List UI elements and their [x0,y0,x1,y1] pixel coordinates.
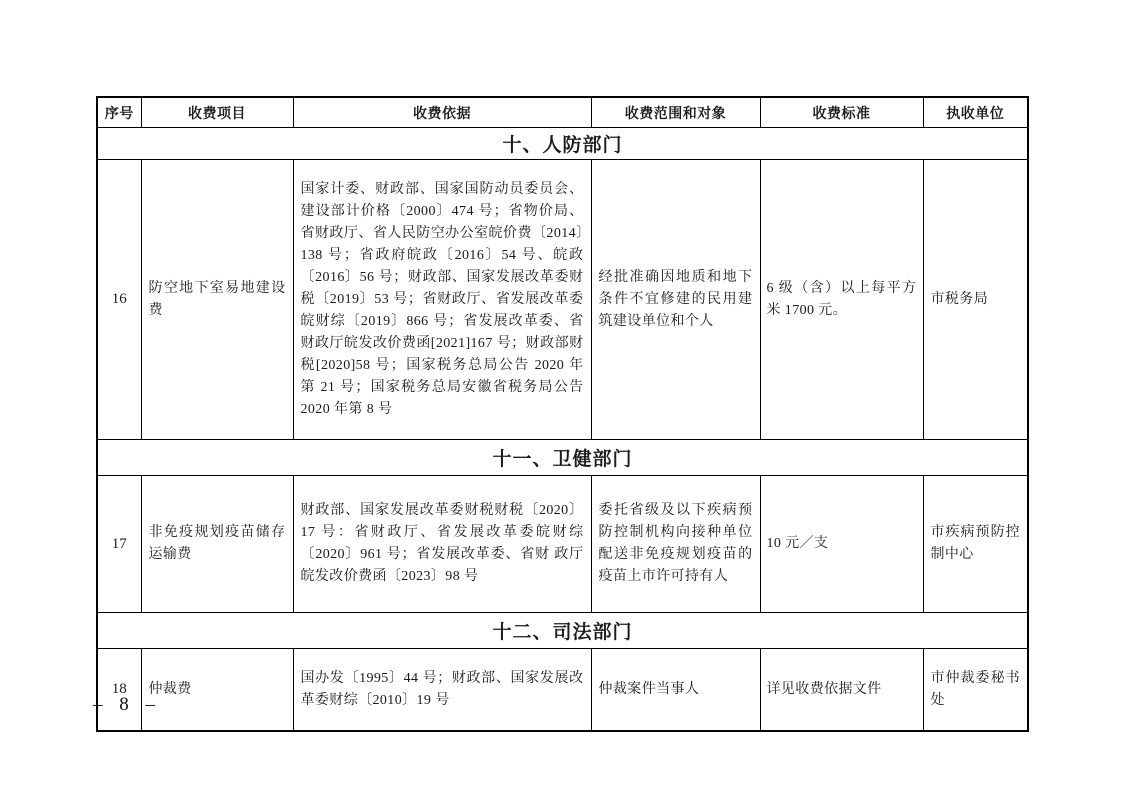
header-cell-scope: 收费范围和对象 [591,97,760,128]
cell-unit: 市税务局 [923,160,1028,440]
cell-scope: 经批准确因地质和地下条件不宜修建的民用建筑建设单位和个人 [591,160,760,440]
header-cell-basis: 收费依据 [293,97,591,128]
cell-no: 17 [97,476,141,613]
cell-no: 18 [97,649,141,732]
cell-unit: 市疾病预防控制中心 [923,476,1028,613]
section-row-health: 十一、卫健部门 [97,440,1028,476]
section-row-civil-air-defense: 十、人防部门 [97,128,1028,160]
table-row-18: 18 仲裁费 国办发〔1995〕44 号；财政部、国家发展改革委财综〔2010〕… [97,649,1028,732]
section-title-civil-air-defense: 十、人防部门 [97,128,1028,160]
cell-basis: 国办发〔1995〕44 号；财政部、国家发展改革委财综〔2010〕19 号 [293,649,591,732]
cell-item: 防空地下室易地建设费 [141,160,293,440]
cell-standard: 6 级（含）以上每平方米 1700 元。 [760,160,923,440]
cell-no: 16 [97,160,141,440]
cell-item: 仲裁费 [141,649,293,732]
section-title-justice: 十二、司法部门 [97,613,1028,649]
cell-scope: 委托省级及以下疾病预防控制机构向接种单位配送非免疫规划疫苗的疫苗上市许可持有人 [591,476,760,613]
header-cell-standard: 收费标准 [760,97,923,128]
cell-standard: 详见收费依据文件 [760,649,923,732]
page-number: – 8 – [93,694,161,716]
section-row-justice: 十二、司法部门 [97,613,1028,649]
header-cell-item: 收费项目 [141,97,293,128]
header-cell-no: 序号 [97,97,141,128]
table-header-row: 序号 收费项目 收费依据 收费范围和对象 收费标准 执收单位 [97,97,1028,128]
cell-item: 非免疫规划疫苗储存运输费 [141,476,293,613]
section-title-health: 十一、卫健部门 [97,440,1028,476]
table-row-17: 17 非免疫规划疫苗储存运输费 财政部、国家发展改革委财税财税〔2020〕17 … [97,476,1028,613]
cell-basis: 财政部、国家发展改革委财税财税〔2020〕17 号：省财政厅、省发展改革委皖财综… [293,476,591,613]
cell-unit: 市仲裁委秘书处 [923,649,1028,732]
document-page: 序号 收费项目 收费依据 收费范围和对象 收费标准 执收单位 十、人防部门 16… [0,0,1122,793]
cell-standard: 10 元／支 [760,476,923,613]
cell-basis: 国家计委、财政部、国家国防动员委员会、建设部计价格〔2000〕474 号；省物价… [293,160,591,440]
header-cell-unit: 执收单位 [923,97,1028,128]
table-row-16: 16 防空地下室易地建设费 国家计委、财政部、国家国防动员委员会、建设部计价格〔… [97,160,1028,440]
fee-table: 序号 收费项目 收费依据 收费范围和对象 收费标准 执收单位 十、人防部门 16… [96,96,1029,732]
cell-scope: 仲裁案件当事人 [591,649,760,732]
